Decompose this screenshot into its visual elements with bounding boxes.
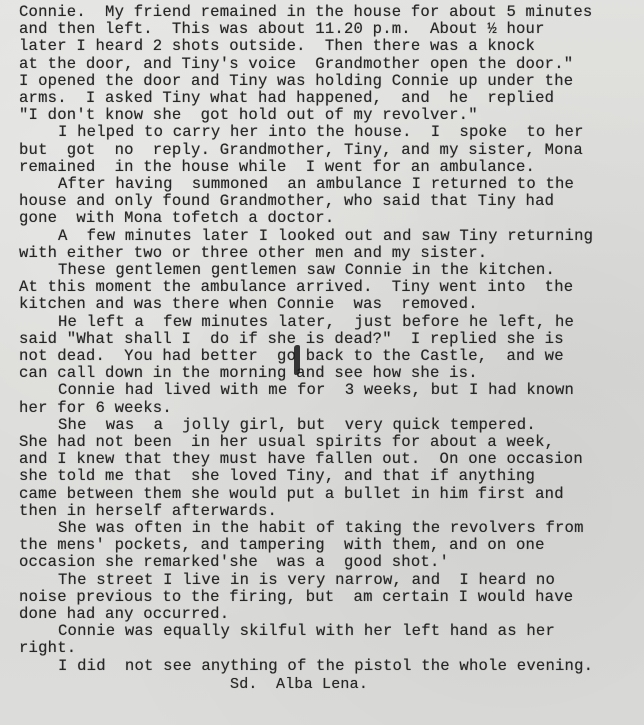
document-line: I did not see anything of the pistol the… [58,656,593,676]
ink-smudge [294,345,300,375]
signature-line: Sd. Alba Lena. [230,676,368,693]
document-line: Connie was equally skilful with her left… [58,621,555,641]
typewritten-document-page: Connie. My friend remained in the house … [0,0,644,725]
